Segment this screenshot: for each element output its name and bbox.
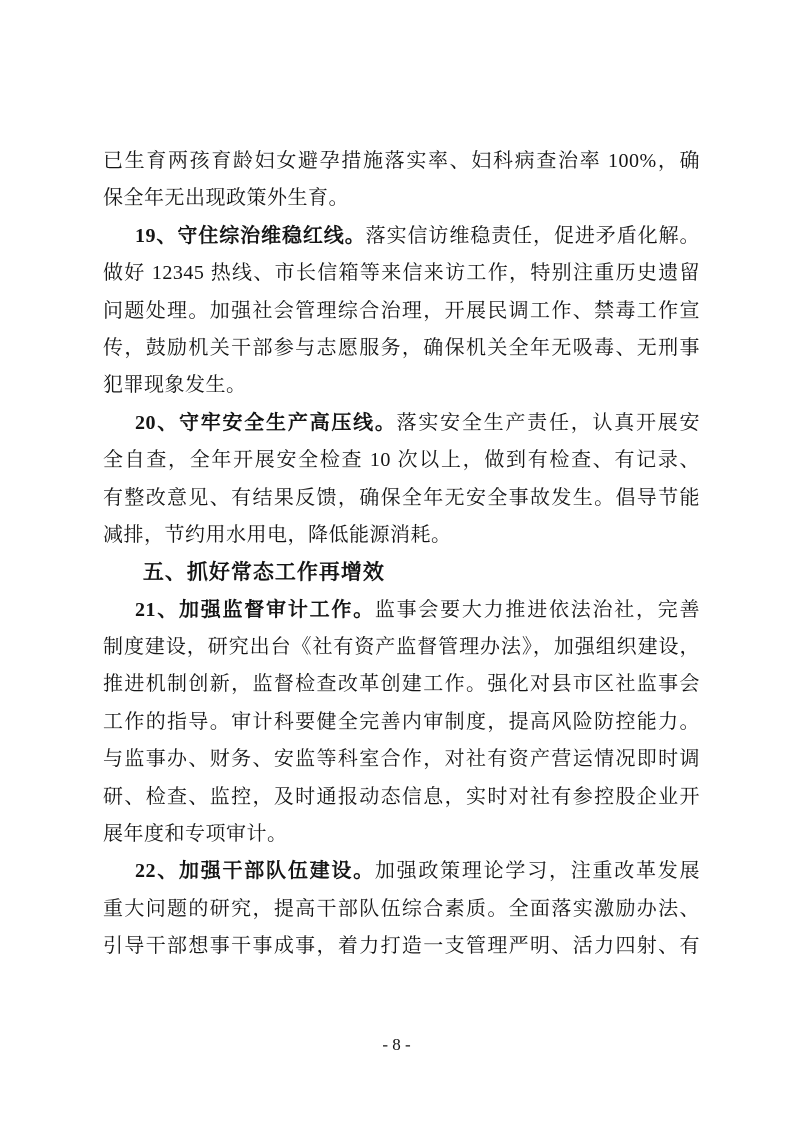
text-line: 展年度和专项审计。 <box>103 816 700 853</box>
line-text: 重大问题的研究，提高干部队伍综合素质。全面落实激励办法、 <box>103 898 700 920</box>
text-line: 制度建设，研究出台《社有资产监督管理办法》，加强组织建设， <box>103 629 700 666</box>
line-text: 工作的指导。审计科要健全完善内审制度，提高风险防控能力。 <box>103 711 700 733</box>
line-text: 监事会要大力推进依法治社，完善 <box>375 599 700 621</box>
text-line: 21、加强监督审计工作。监事会要大力推进依法治社，完善 <box>103 592 700 629</box>
text-line: 做好 12345 热线、市长信箱等来信来访工作，特别注重历史遗留 <box>103 255 700 292</box>
document-body: 已生育两孩育龄妇女避孕措施落实率、妇科病查治率 100%，确保全年无出现政策外生… <box>103 143 700 966</box>
page-footer: - 8 - <box>0 1033 793 1057</box>
text-line: 20、守牢安全生产高压线。落实安全生产责任，认真开展安 <box>103 405 700 442</box>
line-text: 制度建设，研究出台《社有资产监督管理办法》，加强组织建设， <box>103 636 700 658</box>
paragraph-lead-bold: 21、加强监督审计工作。 <box>135 599 375 621</box>
line-text: 展年度和专项审计。 <box>103 823 288 845</box>
line-text: 做好 12345 热线、市长信箱等来信来访工作，特别注重历史遗留 <box>103 262 700 284</box>
text-line: 犯罪现象发生。 <box>103 367 700 404</box>
line-text: 保全年无出现政策外生育。 <box>103 187 349 209</box>
text-line: 研、检查、监控，及时通报动态信息，实时对社有参控股企业开 <box>103 779 700 816</box>
text-line: 已生育两孩育龄妇女避孕措施落实率、妇科病查治率 100%，确 <box>103 143 700 180</box>
text-line: 引导干部想事干事成事，着力打造一支管理严明、活力四射、有 <box>103 928 700 965</box>
line-text: 全自查，全年开展安全检查 10 次以上，做到有检查、有记录、 <box>103 449 700 471</box>
line-text: 已生育两孩育龄妇女避孕措施落实率、妇科病查治率 100%，确 <box>103 150 700 172</box>
line-text: 问题处理。加强社会管理综合治理，开展民调工作、禁毒工作宣 <box>103 300 700 322</box>
section-heading: 五、抓好常态工作再增效 <box>103 554 700 591</box>
paragraph-lead-bold: 20、守牢安全生产高压线。 <box>135 412 397 434</box>
text-line: 减排，节约用水用电，降低能源消耗。 <box>103 517 700 554</box>
line-text: 落实安全生产责任，认真开展安 <box>397 412 700 434</box>
paragraph-lead-bold: 22、加强干部队伍建设。 <box>135 860 375 882</box>
line-text: 推进机制创新，监督检查改革创建工作。强化对县市区社监事会 <box>103 673 700 695</box>
text-line: 19、守住综治维稳红线。落实信访维稳责任，促进矛盾化解。 <box>103 218 700 255</box>
page-number: - 8 - <box>382 1035 410 1054</box>
text-line: 传，鼓励机关干部参与志愿服务，确保机关全年无吸毒、无刑事 <box>103 330 700 367</box>
line-text: 研、检查、监控，及时通报动态信息，实时对社有参控股企业开 <box>103 786 700 808</box>
line-text: 五、抓好常态工作再增效 <box>143 561 385 584</box>
text-line: 问题处理。加强社会管理综合治理，开展民调工作、禁毒工作宣 <box>103 293 700 330</box>
line-text: 与监事办、财务、安监等科室合作，对社有资产营运情况即时调 <box>103 748 700 770</box>
text-line: 重大问题的研究，提高干部队伍综合素质。全面落实激励办法、 <box>103 891 700 928</box>
line-text: 落实信访维稳责任，促进矛盾化解。 <box>366 225 700 247</box>
text-line: 推进机制创新，监督检查改革创建工作。强化对县市区社监事会 <box>103 666 700 703</box>
line-text: 减排，节约用水用电，降低能源消耗。 <box>103 524 452 546</box>
paragraph-lead-bold: 19、守住综治维稳红线。 <box>135 225 366 247</box>
line-text: 犯罪现象发生。 <box>103 374 247 396</box>
text-line: 22、加强干部队伍建设。加强政策理论学习，注重改革发展 <box>103 853 700 890</box>
line-text: 引导干部想事干事成事，着力打造一支管理严明、活力四射、有 <box>103 935 700 957</box>
text-line: 有整改意见、有结果反馈，确保全年无安全事故发生。倡导节能 <box>103 480 700 517</box>
document-page: 已生育两孩育龄妇女避孕措施落实率、妇科病查治率 100%，确保全年无出现政策外生… <box>0 0 793 1122</box>
line-text: 传，鼓励机关干部参与志愿服务，确保机关全年无吸毒、无刑事 <box>103 337 700 359</box>
line-text: 加强政策理论学习，注重改革发展 <box>375 860 700 882</box>
line-text: 有整改意见、有结果反馈，确保全年无安全事故发生。倡导节能 <box>103 487 700 509</box>
text-line: 全自查，全年开展安全检查 10 次以上，做到有检查、有记录、 <box>103 442 700 479</box>
text-line: 工作的指导。审计科要健全完善内审制度，提高风险防控能力。 <box>103 704 700 741</box>
text-line: 与监事办、财务、安监等科室合作，对社有资产营运情况即时调 <box>103 741 700 778</box>
text-line: 保全年无出现政策外生育。 <box>103 180 700 217</box>
